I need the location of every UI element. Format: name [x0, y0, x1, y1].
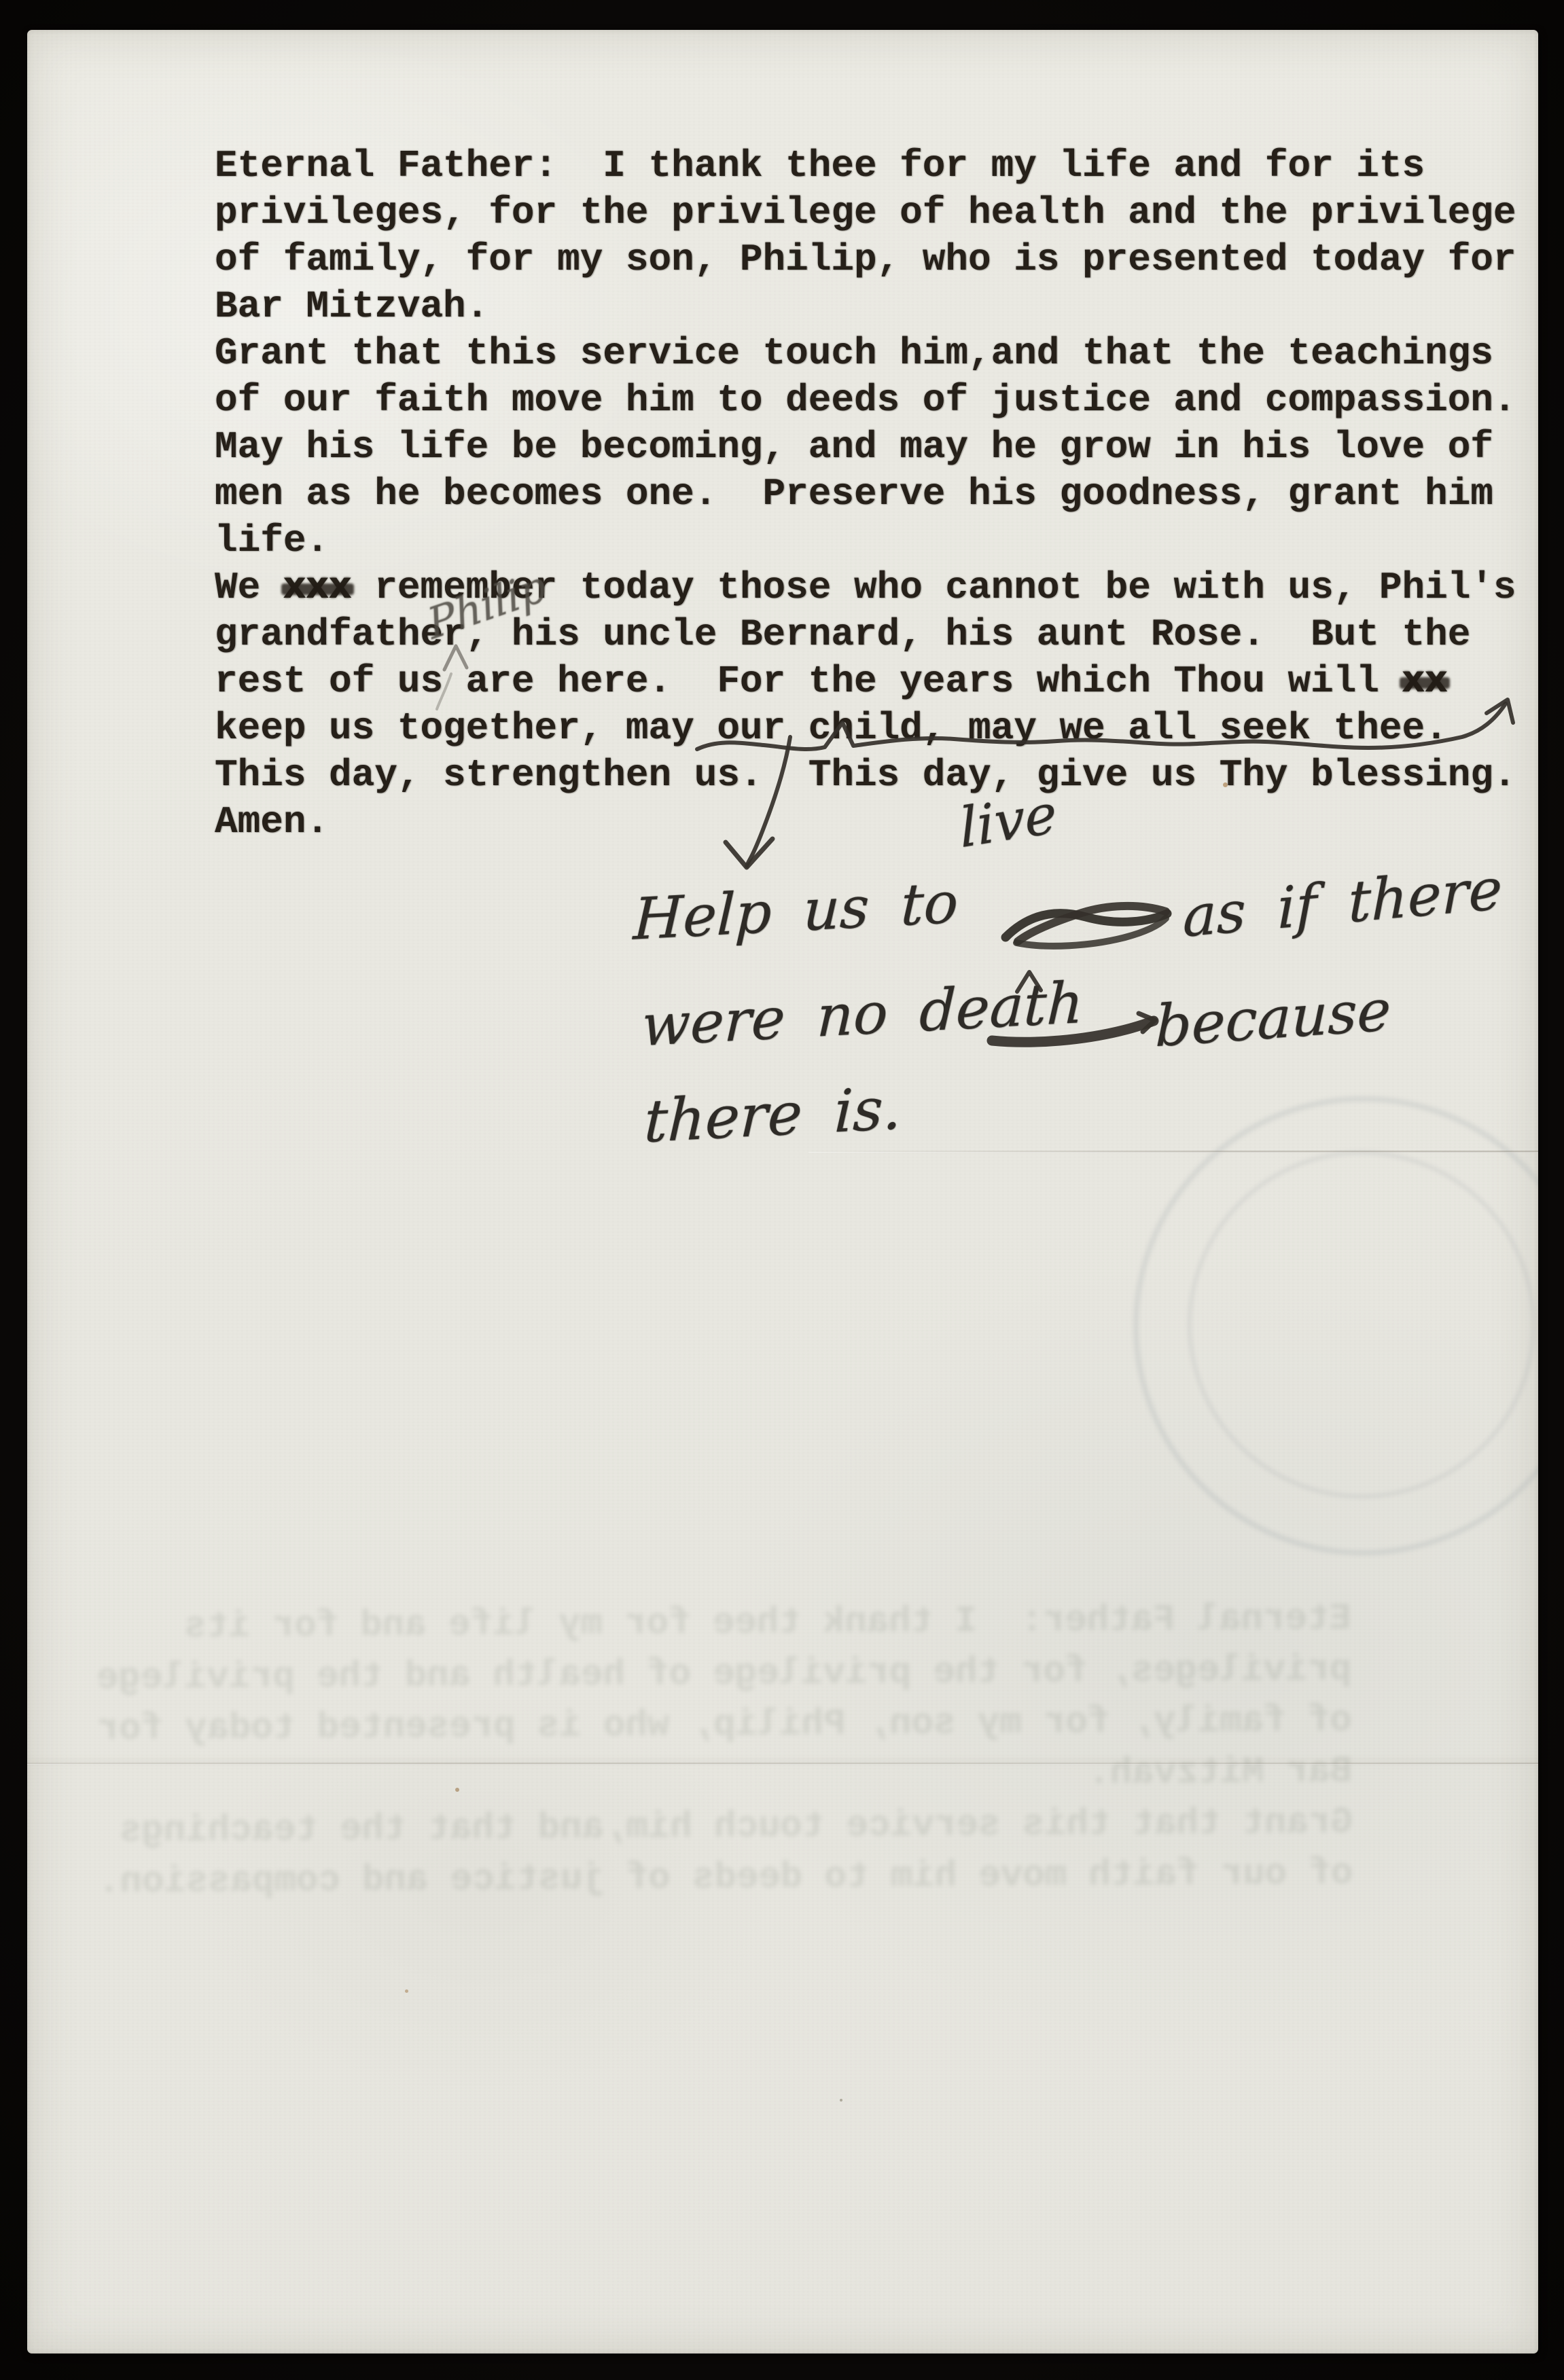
bleed-through-text: Eternal Father: I thank thee for my life… — [196, 1593, 1353, 1907]
handwritten-note-line1-end: as if there — [1183, 855, 1502, 950]
typed-line: Grant that this service touch him,and th… — [215, 330, 1516, 377]
handwritten-note-line2-end: because — [1155, 977, 1391, 1060]
handwritten-note-line2-start: were no death — [641, 969, 1085, 1059]
typed-line: of family, for my son, Philip, who is pr… — [215, 236, 1516, 283]
typed-line: Amen. — [215, 799, 1516, 846]
typed-line: life. — [215, 518, 1516, 564]
typed-text: Eternal Father: I thank thee for my life… — [215, 143, 1516, 846]
typed-line: of our faith move him to deeds of justic… — [215, 377, 1516, 424]
typed-line: men as he becomes one. Preserve his good… — [215, 471, 1516, 518]
typed-line: Bar Mitzvah. — [215, 283, 1516, 330]
embossed-seal-inner-ring — [1188, 1151, 1535, 1498]
typed-line: privileges, for the privilege of health … — [215, 190, 1516, 236]
typed-line: We xxx remember today those who cannot b… — [215, 564, 1516, 611]
handwritten-note-line3: there is. — [643, 1075, 903, 1156]
typed-line: May his life be becoming, and may he gro… — [215, 424, 1516, 471]
typed-struck-text: xx — [1402, 658, 1447, 705]
foxing-speck — [840, 2099, 842, 2102]
scanned-document-photo: Eternal Father: I thank thee for my life… — [0, 0, 1564, 2380]
typed-struck-text: xxx — [283, 564, 352, 611]
letter-page: Eternal Father: I thank thee for my life… — [27, 30, 1538, 2354]
handwritten-note-line1-start: Help us to — [633, 869, 959, 952]
typed-line: keep us together, may our child, may we … — [215, 705, 1516, 752]
typed-line: Eternal Father: I thank thee for my life… — [215, 143, 1516, 190]
foxing-speck — [405, 1989, 408, 1993]
typed-line: rest of us are here. For the years which… — [215, 658, 1516, 705]
embossed-seal — [1133, 1096, 1538, 1555]
typed-line: This day, strengthen us. This day, give … — [215, 752, 1516, 799]
foxing-speck — [455, 1788, 459, 1792]
typed-line: grandfather, his uncle Bernard, his aunt… — [215, 611, 1516, 658]
